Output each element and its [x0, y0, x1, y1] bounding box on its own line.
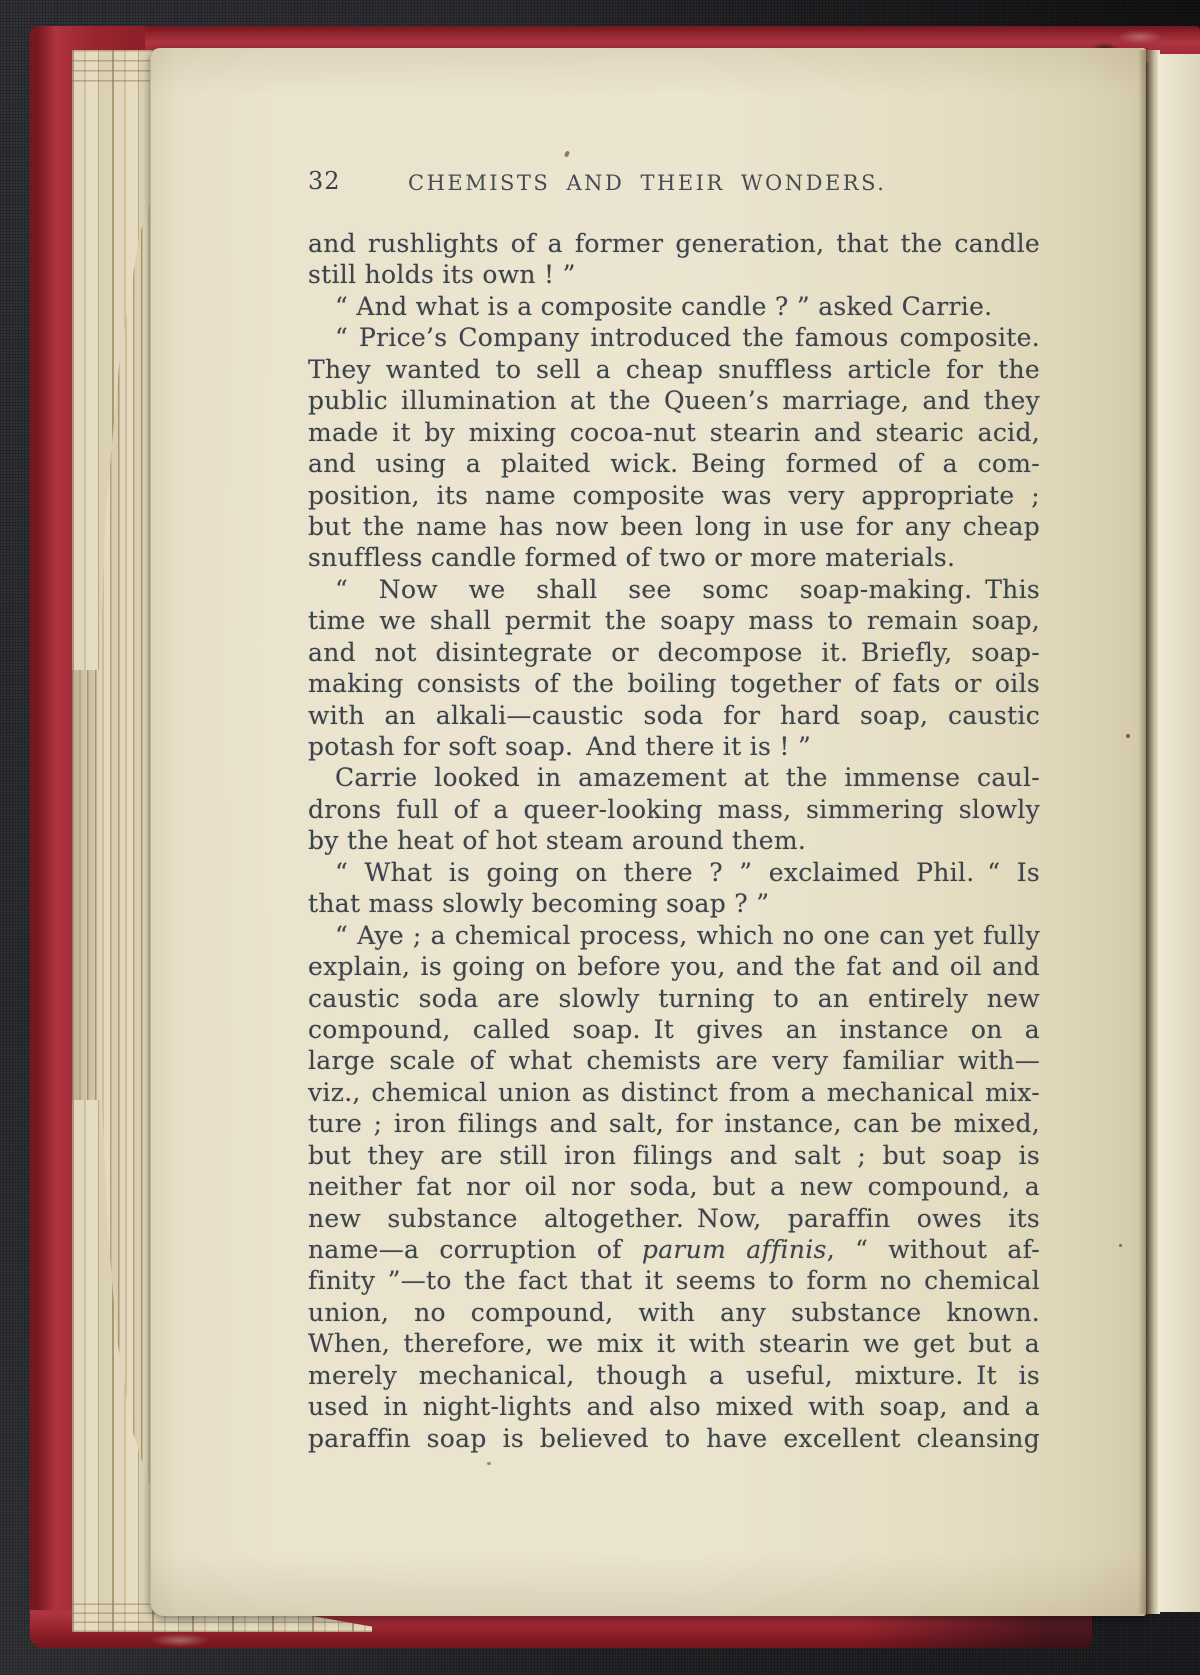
text-line: large scale of what chemists are very fa… [308, 1045, 1040, 1076]
text-line: compound, called soap. It gives an insta… [308, 1014, 1040, 1045]
printed-text-area: 32 CHEMISTS AND THEIR WONDERS. and rushl… [308, 163, 1040, 209]
text-line: finity ”—to the fact that it seems to fo… [308, 1265, 1040, 1296]
text-line: “ What is going on there ? ” exclaimed P… [308, 857, 1040, 888]
text-line: When, therefore, we mix it with stearin … [308, 1328, 1040, 1359]
text-line: “ Price’s Company introduced the famous … [308, 322, 1040, 353]
page-gutter-fold [1138, 50, 1160, 1614]
text-line: and using a plaited wick. Being formed o… [308, 448, 1040, 479]
text-line: and not disintegrate or decompose it. Br… [308, 637, 1040, 668]
text-line: “ And what is a composite candle ? ” ask… [308, 291, 1040, 322]
text-line: caustic soda are slowly turning to an en… [308, 983, 1040, 1014]
text-line: potash for soft soap. And there it is ! … [308, 731, 1040, 762]
text-line: position, its name composite was very ap… [308, 480, 1040, 511]
text-line: making consists of the boiling together … [308, 668, 1040, 699]
text-line: neither fat nor oil nor soda, but a new … [308, 1171, 1040, 1202]
text-line: public illumination at the Queen’s marri… [308, 385, 1040, 416]
text-line: Carrie looked in amazement at the immens… [308, 762, 1040, 793]
text-line: made it by mixing cocoa-nut stearin and … [308, 417, 1040, 448]
text-line: paraffin soap is believed to have excell… [308, 1423, 1040, 1454]
page-speck [1119, 1244, 1122, 1247]
text-line: still holds its own ! ” [308, 259, 1040, 290]
running-head-title: CHEMISTS AND THEIR WONDERS. [408, 171, 688, 195]
text-line: time we shall permit the soapy mass to r… [308, 605, 1040, 636]
text-line: drons full of a queer-looking mass, simm… [308, 794, 1040, 825]
text-line: used in night-lights and also mixed with… [308, 1391, 1040, 1422]
text-segment: , “ without af- [827, 1235, 1040, 1264]
text-line: merely mechanical, though a useful, mixt… [308, 1360, 1040, 1391]
text-segment: name—a corruption of [308, 1235, 642, 1264]
text-line: new substance altogether. Now, paraffin … [308, 1203, 1040, 1234]
page-header: 32 CHEMISTS AND THEIR WONDERS. [308, 163, 1040, 209]
text-line: union, no compound, with any substance k… [308, 1297, 1040, 1328]
text-line: name—a corruption of parum affinis, “ wi… [308, 1234, 1040, 1265]
text-line: ture ; iron filings and salt, for instan… [308, 1108, 1040, 1139]
text-line: viz., chemical union as distinct from a … [308, 1077, 1040, 1108]
text-block: and rushlights of a former generation, t… [308, 228, 1040, 1454]
text-line: explain, is going on before you, and the… [308, 951, 1040, 982]
text-line: but they are still iron filings and salt… [308, 1140, 1040, 1171]
text-line: “ Aye ; a chemical process, which no one… [308, 920, 1040, 951]
facing-page-sliver [1158, 54, 1200, 1612]
italic-phrase: parum affinis [642, 1235, 827, 1264]
page-speck [1126, 734, 1130, 738]
page-speck [487, 1462, 491, 1465]
text-line: They wanted to sell a cheap snuffless ar… [308, 354, 1040, 385]
text-line: “ Now we shall see somc soap-making. Thi… [308, 574, 1040, 605]
text-line: snuffless candle formed of two or more m… [308, 542, 1040, 573]
text-line: with an alkali—caustic soda for hard soa… [308, 700, 1040, 731]
page-number: 32 [308, 167, 341, 195]
text-line: that mass slowly becoming soap ? ” [308, 888, 1040, 919]
text-line: but the name has now been long in use fo… [308, 511, 1040, 542]
text-line: and rushlights of a former generation, t… [308, 228, 1040, 259]
text-line: by the heat of hot steam around them. [308, 825, 1040, 856]
